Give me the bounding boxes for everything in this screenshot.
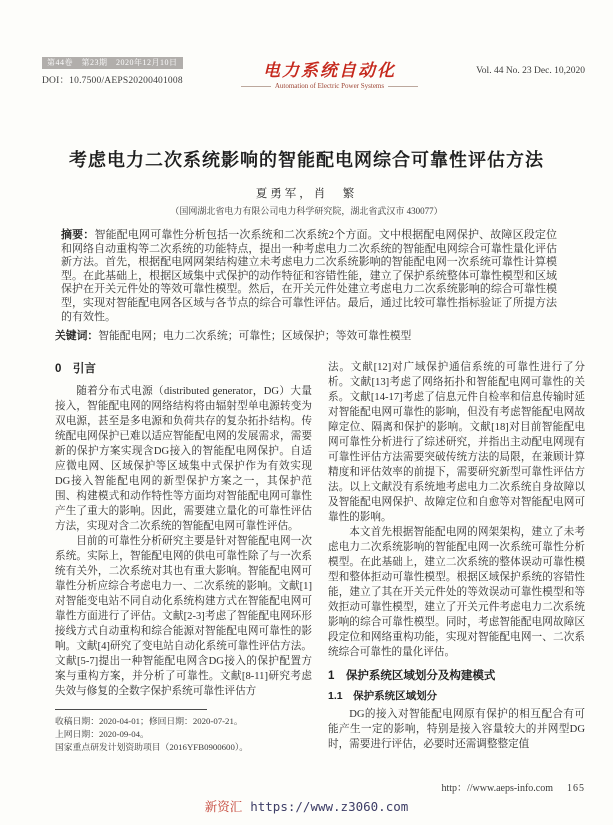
footer-url[interactable]: http：//www.aeps-info.com <box>441 783 553 794</box>
abstract-text: 智能配电网可靠性分析包括一次系统和二次系统2个方面。文中根据配电网保护、故障区段… <box>61 229 557 323</box>
page-number: 165 <box>567 783 585 794</box>
logo-rule-left <box>241 86 271 87</box>
watermark: 新资汇https://www.z3060.com <box>0 797 613 815</box>
right-paragraph-1: 法。文献[12]对广域保护通信系统的可靠性进行了分析。文献[13]考虑了网络拓扑… <box>328 360 585 525</box>
doi-text: DOI：10.7500/AEPS20200401008 <box>42 72 183 86</box>
left-column: 0 引言 随着分布式电源（distributed generator，DG）大量… <box>55 360 312 754</box>
intro-paragraph-1: 随着分布式电源（distributed generator，DG）大量接入，智能… <box>55 384 312 534</box>
watermark-site-name: 新资汇 <box>205 799 243 814</box>
footnote-rule <box>55 709 207 710</box>
page-footer: http：//www.aeps-info.com165 <box>441 779 585 794</box>
abstract-block: 摘要：智能配电网可靠性分析包括一次系统和二次系统2个方面。文中根据配电网保护、故… <box>61 229 557 324</box>
paper-title: 考虑电力二次系统影响的智能配电网综合可靠性评估方法 <box>0 146 613 172</box>
right-paragraph-2: 本文首先根据智能配电网的网架架构，建立了未考虑电力二次系统影响的智能配电网一次系… <box>328 525 585 660</box>
journal-logo: 电力系统自动化 Automation of Electric Power Sys… <box>241 56 418 90</box>
intro-paragraph-2: 目前的可靠性分析研究主要是针对智能配电网一次系统。实际上，智能配电网的供电可靠性… <box>55 534 312 699</box>
authors: 夏勇军，肖 繁 <box>0 185 613 201</box>
journal-logo-en: Automation of Electric Power Systems <box>275 82 384 90</box>
right-column: 法。文献[12]对广域保护通信系统的可靠性进行了分析。文献[13]考虑了网络拓扑… <box>328 360 585 754</box>
subsection-heading-1-1: 1.1 保护系统区域划分 <box>328 689 585 704</box>
page-header: 第44卷 第23期 2020年12月10日 DOI：10.7500/AEPS20… <box>42 57 585 90</box>
watermark-site-url[interactable]: https://www.z3060.com <box>250 799 408 814</box>
journal-logo-cn: 电力系统自动化 <box>241 56 418 81</box>
affiliation: （国网湖北省电力有限公司电力科学研究院，湖北省武汉市 430077） <box>0 204 613 217</box>
keywords-label: 关键词： <box>55 330 98 342</box>
logo-rule-right <box>388 86 418 87</box>
section-heading-0: 0 引言 <box>55 362 312 377</box>
abstract-label: 摘要： <box>61 229 94 241</box>
header-left: 第44卷 第23期 2020年12月10日 DOI：10.7500/AEPS20… <box>42 57 183 86</box>
footnote-online-date: 上网日期：2020-09-04。 <box>55 728 312 741</box>
issue-box: 第44卷 第23期 2020年12月10日 <box>42 57 183 69</box>
journal-logo-en-row: Automation of Electric Power Systems <box>241 82 418 90</box>
keywords-text: 智能配电网；电力二次系统；可靠性；区域保护；等效可靠性模型 <box>98 330 411 342</box>
journal-page: 第44卷 第23期 2020年12月10日 DOI：10.7500/AEPS20… <box>0 0 613 825</box>
keywords-block: 关键词：智能配电网；电力二次系统；可靠性；区域保护；等效可靠性模型 <box>55 329 560 343</box>
footnote-block: 收稿日期：2020-04-01；修回日期：2020-07-21。 上网日期：20… <box>55 709 312 754</box>
footnote-received-date: 收稿日期：2020-04-01；修回日期：2020-07-21。 <box>55 715 312 728</box>
footnote-funding: 国家重点研发计划资助项目（2016YFB0900600）。 <box>55 741 312 754</box>
volume-info: Vol. 44 No. 23 Dec. 10,2020 <box>476 66 585 76</box>
section-heading-1: 1 保护系统区域划分及构建模式 <box>328 669 585 684</box>
body-columns: 0 引言 随着分布式电源（distributed generator，DG）大量… <box>55 360 585 754</box>
section1-paragraph: DG的接入对智能配电网原有保护的相互配合有可能产生一定的影响，特别是接入容量较大… <box>328 707 585 752</box>
